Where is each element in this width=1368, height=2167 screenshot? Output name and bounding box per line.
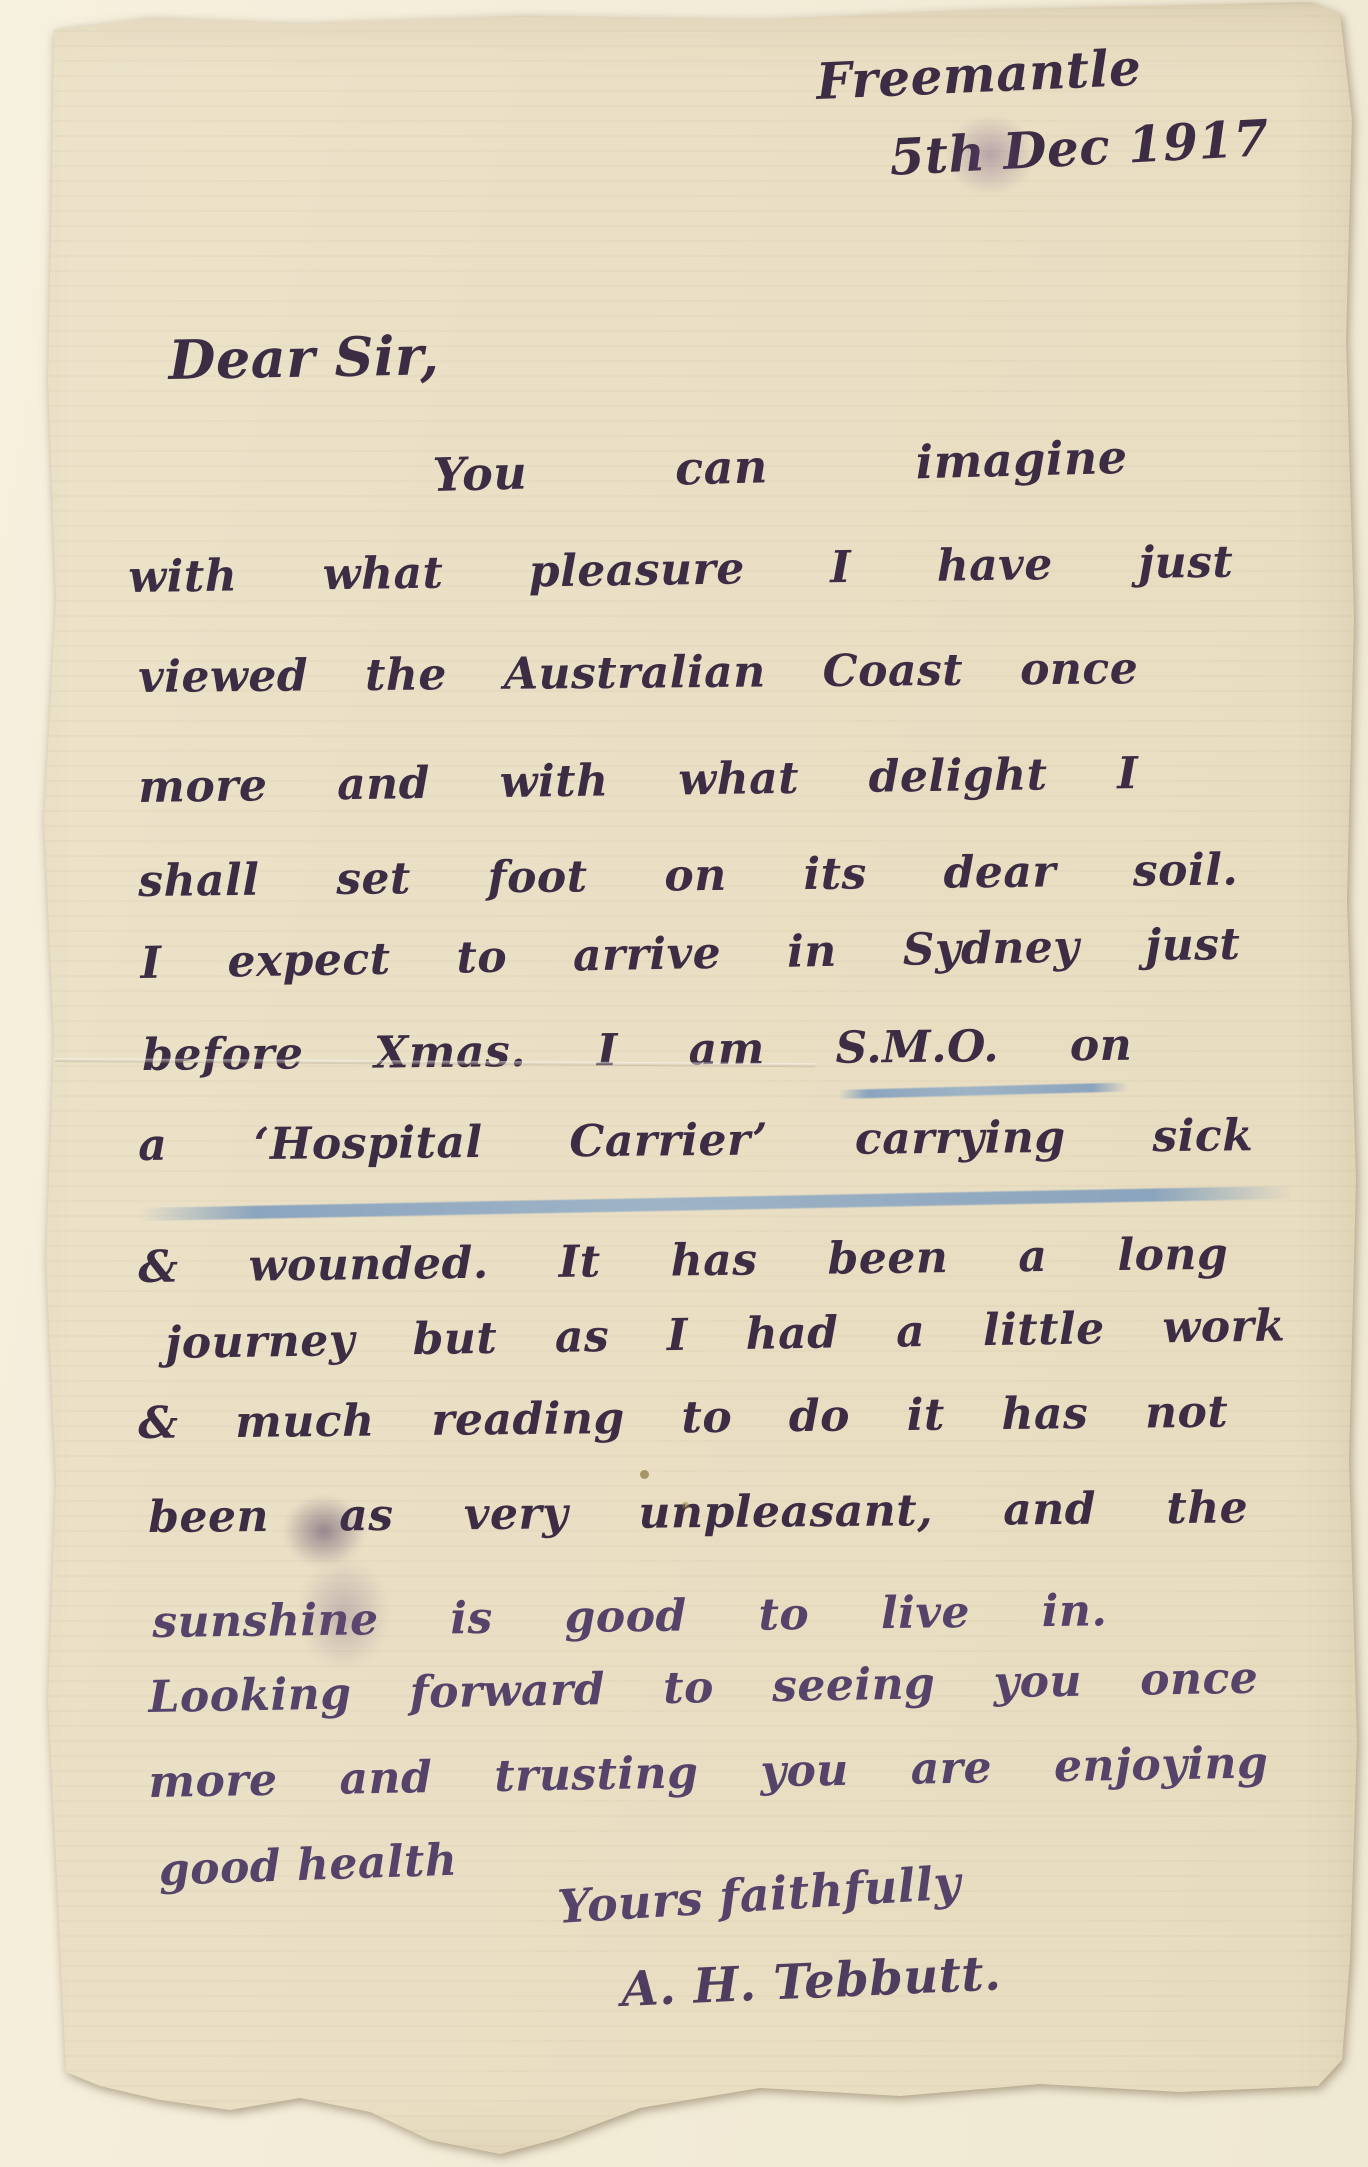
body-line-7: before Xmas. I am S.M.O. on <box>142 1020 1132 1083</box>
signature-line: A. H. Tebbutt. <box>620 1945 1002 2019</box>
salutation: Dear Sir, <box>168 323 440 393</box>
body-line-5: shall set foot on its dear soil. <box>138 844 1238 908</box>
body-line-10: journey but as I had a little work <box>165 1300 1286 1370</box>
paper-shadow: Freemantle 5th Dec 1917 Dear Sir, You ca… <box>0 0 1368 2167</box>
body-line-14: Looking forward to seeing you once <box>148 1653 1259 1725</box>
body-line-4: more and with what delight I <box>138 748 1139 815</box>
body-line-11: & much reading to do it has not <box>138 1387 1228 1451</box>
date-line: 5th Dec 1917 <box>888 108 1270 188</box>
closing-line: Yours faithfully <box>556 1855 962 1935</box>
body-line-9: & wounded. It has been a long <box>138 1229 1229 1295</box>
body-line-8: a ‘Hospital Carrier’ carrying sick <box>138 1110 1253 1173</box>
body-line-6: I expect to arrive in Sydney just <box>140 919 1241 991</box>
body-line-1: You can imagine <box>432 430 1128 503</box>
body-line-13: sunshine is good to live in. <box>152 1585 1108 1649</box>
blue-underline-smo <box>838 1082 1128 1099</box>
foxing-spot <box>34 484 54 512</box>
body-line-15: more and trusting you are enjoying <box>148 1737 1269 1809</box>
letter-paper: Freemantle 5th Dec 1917 Dear Sir, You ca… <box>0 0 1368 2167</box>
body-line-3: viewed the Australian Coast once <box>138 643 1138 705</box>
blue-underline-hospital-carrier <box>138 1186 1293 1221</box>
body-line-2: with what pleasure I have just <box>128 537 1234 605</box>
body-line-12: been as very unpleasant, and the <box>148 1482 1248 1544</box>
body-line-16: good health <box>158 1835 458 1898</box>
scanned-letter: Freemantle 5th Dec 1917 Dear Sir, You ca… <box>0 0 1368 2167</box>
place-line: Freemantle <box>815 38 1142 112</box>
paper-speck-1 <box>640 1470 649 1479</box>
